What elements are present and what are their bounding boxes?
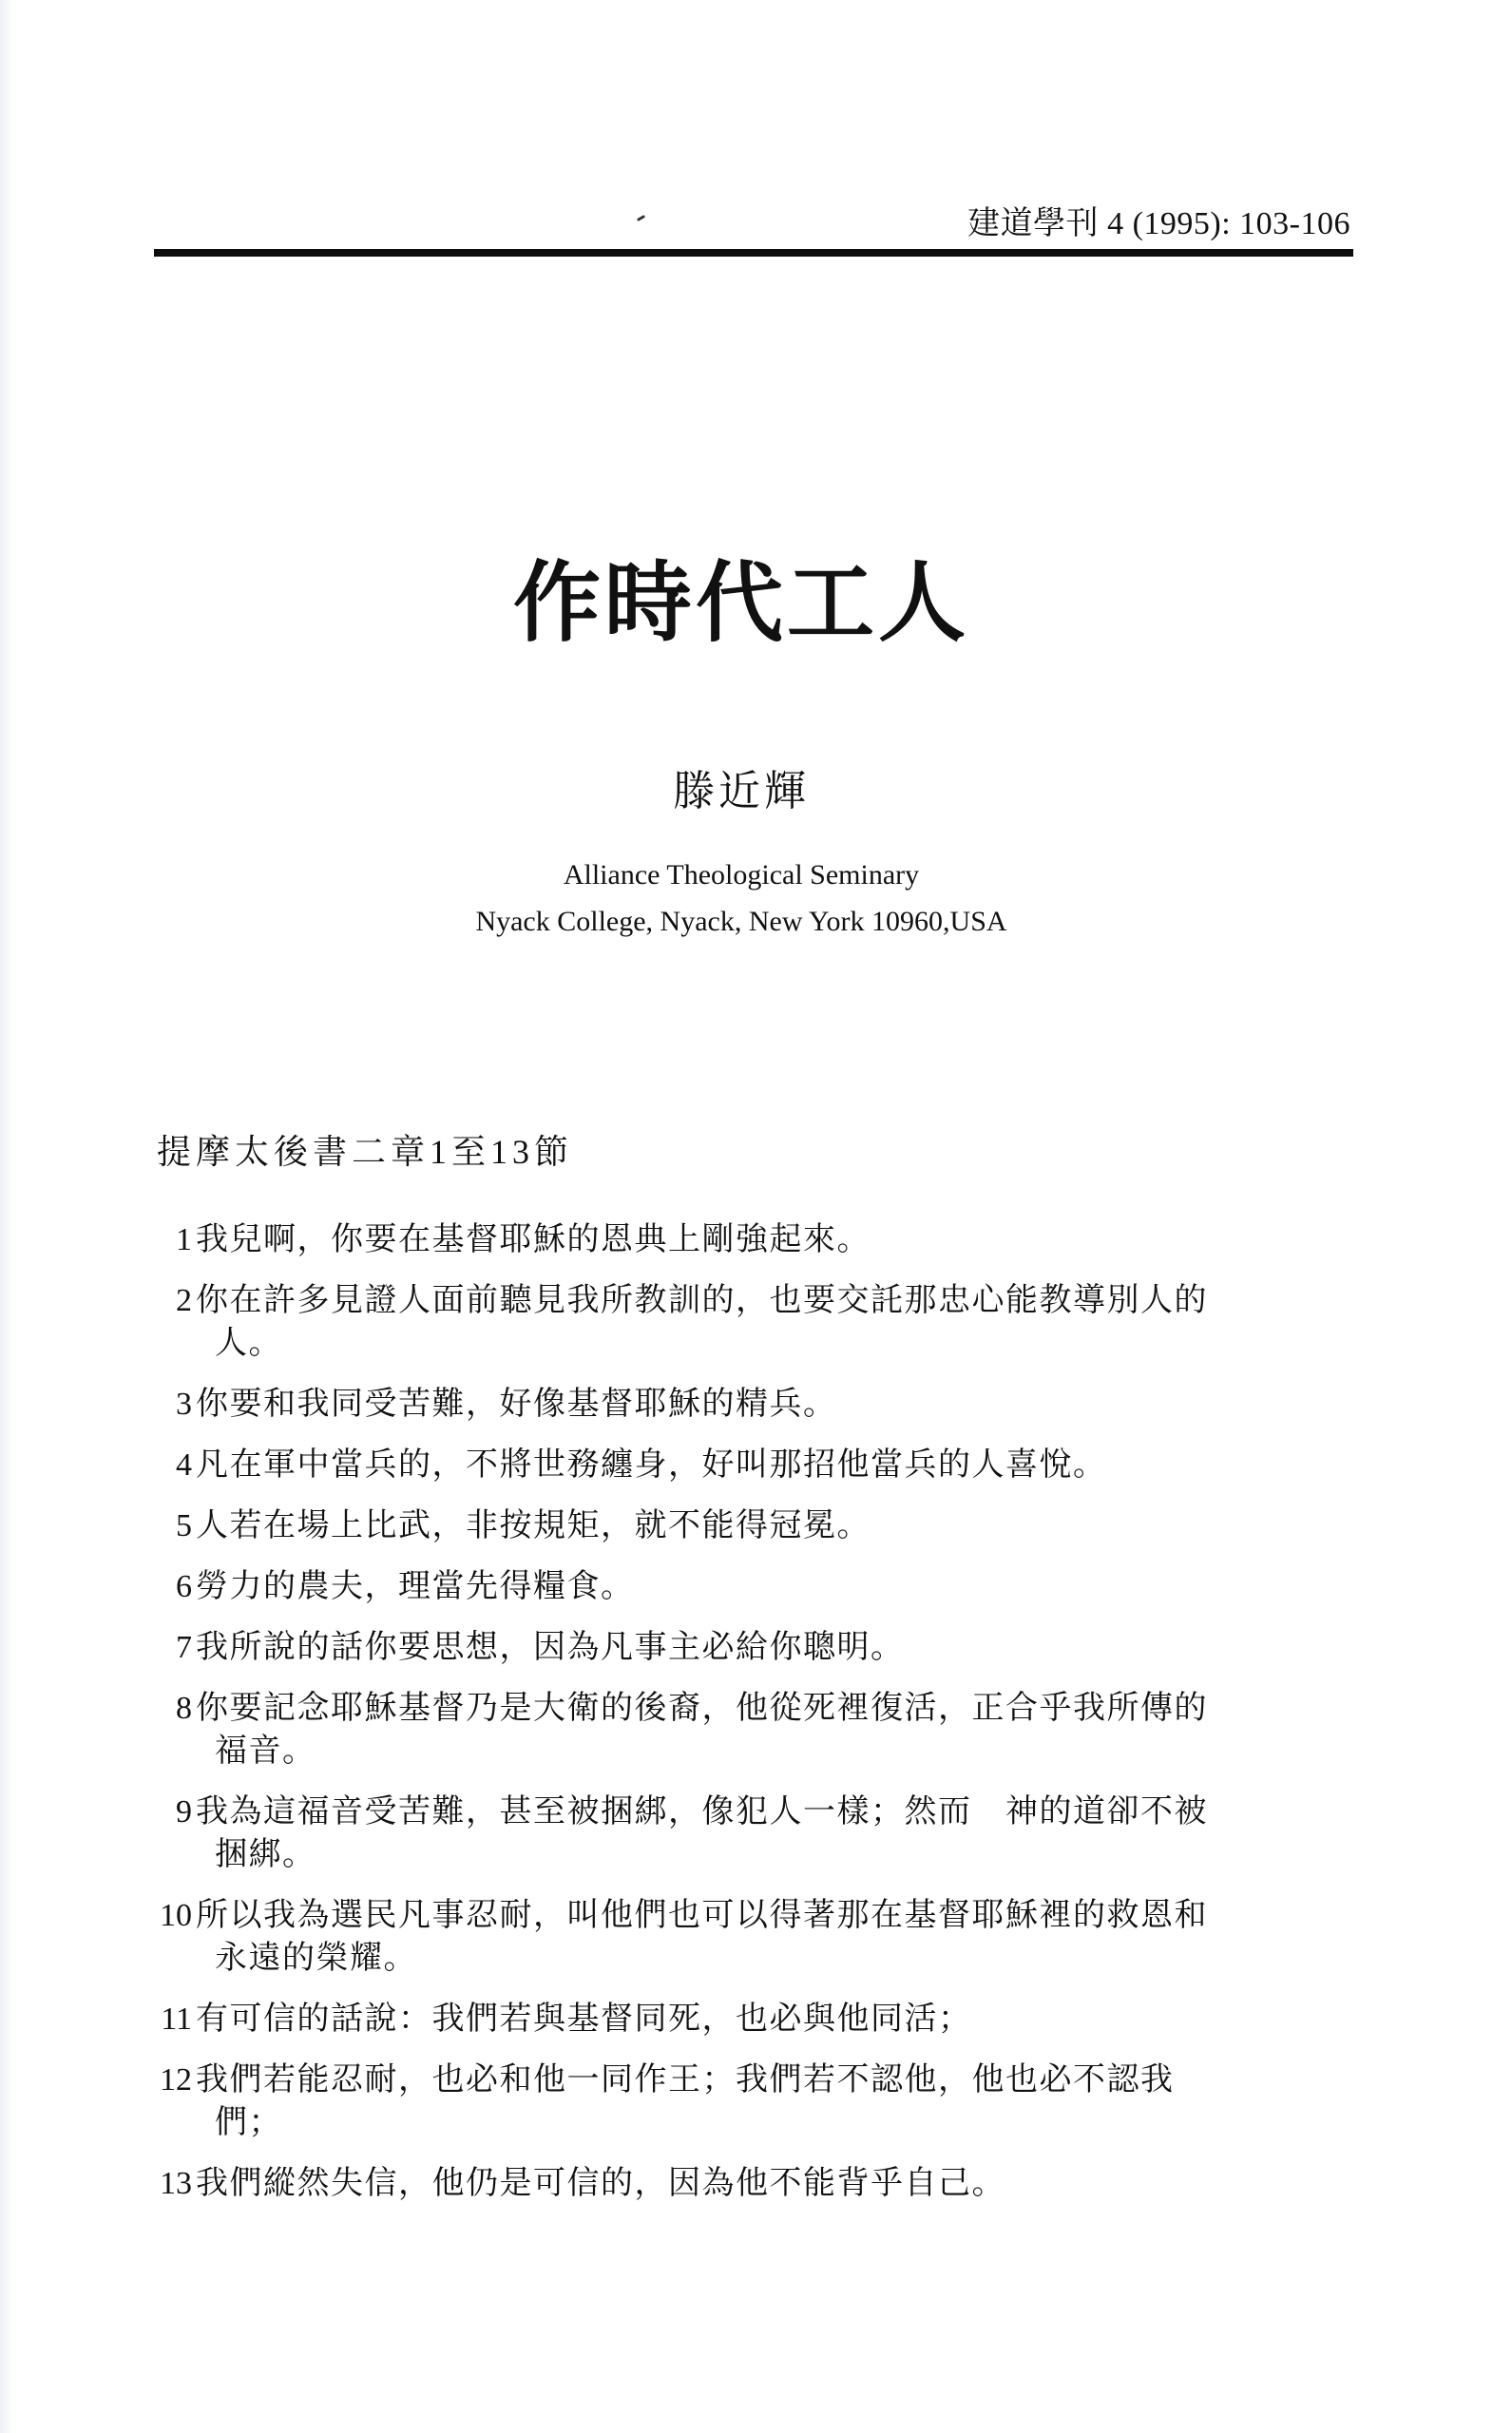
verse-list: 1 我兒啊，你要在基督耶穌的恩典上剛強起來。 2 你在許多見證人面前聽見我所教訓… (150, 1218, 1357, 2223)
verse-text: 你要記念耶穌基督乃是大衛的後裔，他從死裡復活，正合乎我所傳的 (196, 1687, 1357, 1730)
verse-text-continuation: 捆綁。 (196, 1833, 1357, 1876)
verse-3: 3 你要和我同受苦難，好像基督耶穌的精兵。 (150, 1383, 1357, 1426)
verse-text: 我兒啊，你要在基督耶穌的恩典上剛強起來。 (196, 1218, 1357, 1261)
verse-5: 5 人若在場上比武，非按規矩，就不能得冠冕。 (150, 1504, 1357, 1547)
verse-11: 11 有可信的話說：我們若與基督同死，也必與他同活； (150, 1998, 1357, 2040)
verse-number: 7 (150, 1626, 196, 1669)
scan-edge-shade (0, 0, 13, 2433)
verse-text-continuation: 人。 (196, 1322, 1357, 1365)
verse-9: 9 我為這福音受苦難，甚至被捆綁，像犯人一樣；然而 神的道卻不被 捆綁。 (150, 1791, 1357, 1876)
verse-text: 有可信的話說：我們若與基督同死，也必與他同活； (196, 1998, 1357, 2040)
verse-8: 8 你要記念耶穌基督乃是大衛的後裔，他從死裡復活，正合乎我所傳的 福音。 (150, 1687, 1357, 1772)
verse-4: 4 凡在軍中當兵的，不將世務纏身，好叫那招他當兵的人喜悅。 (150, 1444, 1357, 1486)
article-title: 作時代工人 (0, 551, 1483, 656)
verse-text: 你在許多見證人面前聽見我所教訓的，也要交託那忠心能教導別人的 (196, 1279, 1357, 1322)
verse-text: 我們縱然失信，他仍是可信的，因為他不能背乎自己。 (196, 2162, 1357, 2205)
article-author: 滕近輝 (0, 765, 1483, 818)
affiliation-line-2: Nyack College, Nyack, New York 10960,USA (0, 905, 1483, 939)
verse-number: 12 (150, 2059, 196, 2101)
running-head: 建道學刊 4 (1995): 103-106 (967, 205, 1350, 243)
verse-text: 我們若能忍耐，也必和他一同作王；我們若不認他，他也必不認我 (196, 2059, 1357, 2101)
verse-7: 7 我所說的話你要思想，因為凡事主必給你聰明。 (150, 1626, 1357, 1669)
verse-13: 13 我們縱然失信，他仍是可信的，因為他不能背乎自己。 (150, 2162, 1357, 2205)
verse-text: 凡在軍中當兵的，不將世務纏身，好叫那招他當兵的人喜悅。 (196, 1444, 1357, 1486)
verse-number: 5 (150, 1504, 196, 1547)
verse-6: 6 勞力的農夫，理當先得糧食。 (150, 1565, 1357, 1608)
verse-text: 我為這福音受苦難，甚至被捆綁，像犯人一樣；然而 神的道卻不被 (196, 1791, 1357, 1833)
verse-number: 3 (150, 1383, 196, 1426)
verse-text: 我所說的話你要思想，因為凡事主必給你聰明。 (196, 1626, 1357, 1669)
verse-text: 人若在場上比武，非按規矩，就不能得冠冕。 (196, 1504, 1357, 1547)
verse-text-continuation: 們； (196, 2101, 1357, 2144)
verse-10: 10 所以我為選民凡事忍耐，叫他們也可以得著那在基督耶穌裡的救恩和 永遠的榮耀。 (150, 1894, 1357, 1980)
passage-heading: 提摩太後書二章1至13節 (157, 1131, 573, 1173)
scan-speck (637, 215, 645, 221)
verse-number: 1 (150, 1218, 196, 1261)
verse-number: 11 (150, 1998, 196, 2040)
verse-2: 2 你在許多見證人面前聽見我所教訓的，也要交託那忠心能教導別人的 人。 (150, 1279, 1357, 1365)
verse-number: 4 (150, 1444, 196, 1486)
verse-number: 8 (150, 1687, 196, 1730)
affiliation-line-1: Alliance Theological Seminary (0, 858, 1483, 892)
verse-1: 1 我兒啊，你要在基督耶穌的恩典上剛強起來。 (150, 1218, 1357, 1261)
verse-number: 13 (150, 2162, 196, 2205)
verse-text-continuation: 永遠的榮耀。 (196, 1937, 1357, 1980)
verse-text-continuation: 福音。 (196, 1730, 1357, 1772)
verse-12: 12 我們若能忍耐，也必和他一同作王；我們若不認他，他也必不認我 們； (150, 2059, 1357, 2144)
verse-text: 你要和我同受苦難，好像基督耶穌的精兵。 (196, 1383, 1357, 1426)
verse-text: 勞力的農夫，理當先得糧食。 (196, 1565, 1357, 1608)
verse-number: 2 (150, 1279, 196, 1322)
verse-number: 10 (150, 1894, 196, 1937)
verse-number: 9 (150, 1791, 196, 1833)
header-rule (154, 249, 1353, 257)
verse-number: 6 (150, 1565, 196, 1608)
verse-text: 所以我為選民凡事忍耐，叫他們也可以得著那在基督耶穌裡的救恩和 (196, 1894, 1357, 1937)
